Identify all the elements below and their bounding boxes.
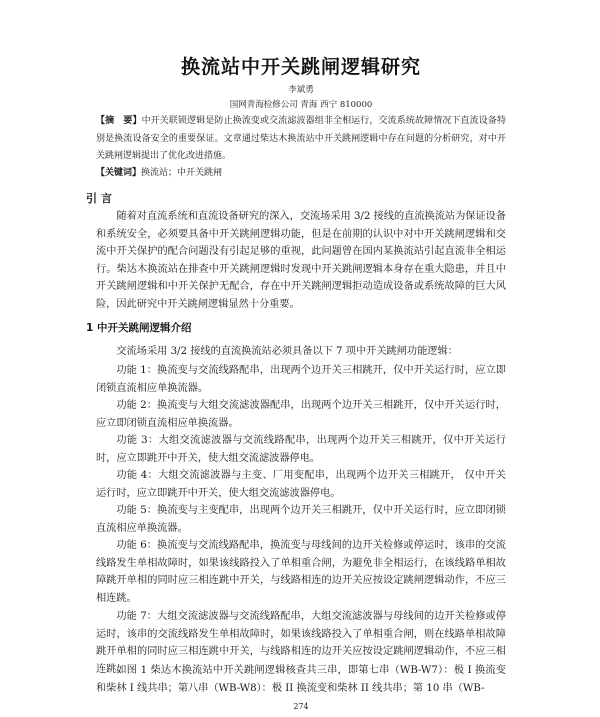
function-4-paragraph: 功能 4：大组交流滤波器与主变、厂用变配串，出现两个边开关三相跳开， 仅中开关运… bbox=[96, 467, 506, 502]
section-1-intro: 交流场采用 3/2 接线的直流换流站必须具备以下 7 项中开关跳闸功能逻辑： bbox=[96, 343, 506, 361]
page-number: 274 bbox=[96, 702, 506, 711]
abstract: 【摘 要】中开关联锁逻辑是防止换流变或交流滤波器组非全相运行，交流系统故障情况下… bbox=[96, 113, 506, 166]
paper-title: 换流站中开关跳闸逻辑研究 bbox=[96, 52, 506, 79]
function-5-paragraph: 功能 5：换流变与主变配串，出现两个边开关三相跳开，仅中开关运行时，应立即闭锁直… bbox=[96, 502, 506, 537]
abstract-text: 中开关联锁逻辑是防止换流变或交流滤波器组非全相运行，交流系统故障情况下直流设备特… bbox=[96, 116, 506, 161]
keywords: 【关键词】换流站；中开关跳闸 bbox=[96, 165, 506, 183]
author-affiliation: 国网青海检修公司 青海 西宁 810000 bbox=[96, 98, 506, 110]
section-1-heading: 1 中开关跳闸逻辑介绍 bbox=[86, 320, 191, 335]
intro-heading: 引言 bbox=[86, 190, 116, 206]
function-3-paragraph: 功能 3：大组交流滤波器与交流线路配串，出现两个边开关三相跳开，仅中开关运行时，… bbox=[96, 432, 506, 467]
intro-paragraph: 随着对直流系统和直流设备研究的深入，交流场采用 3/2 接线的直流换流站为保证设… bbox=[96, 208, 506, 314]
figure-reference-paragraph: 如图 1 柴达木换流站中开关跳闸逻辑核查共三串，即第七串（WB-W7）：极 I … bbox=[96, 662, 506, 697]
keywords-label: 【关键词】 bbox=[96, 168, 141, 178]
abstract-label: 【摘 要】 bbox=[96, 116, 142, 126]
author-name: 李斌勇 bbox=[96, 83, 506, 95]
function-6-paragraph: 功能 6：换流变与交流线路配串，换流变与母线间的边开关检修或停运时，该串的交流线… bbox=[96, 537, 506, 607]
function-2-paragraph: 功能 2：换流变与大组交流滤波器配串，出现两个边开关三相跳开，仅中开关运行时，应… bbox=[96, 397, 506, 432]
function-1-paragraph: 功能 1：换流变与交流线路配串，出现两个边开关三相跳开，仅中开关运行时，应立即闭… bbox=[96, 362, 506, 397]
keywords-text: 换流站；中开关跳闸 bbox=[141, 168, 222, 178]
